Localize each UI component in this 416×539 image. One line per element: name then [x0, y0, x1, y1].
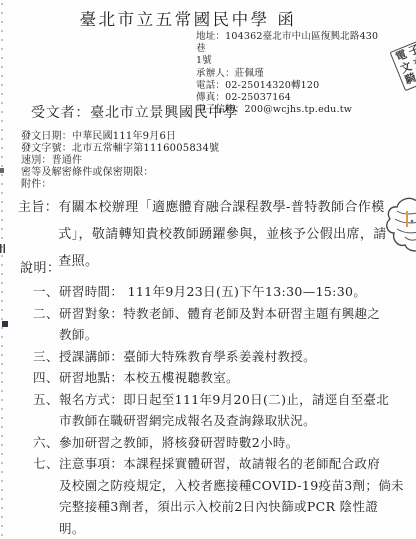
recipient-line: 受文者：臺北市立景興國民中學	[31, 102, 238, 122]
item-number: 三、	[33, 346, 59, 368]
item-text: 授課講師：臺師大特殊教育學系姜義村教授。	[59, 346, 405, 368]
official-letter-page: 臺北市立五常國民中學 函 地址：104362臺北市中山區復興北路430巷 1號 …	[0, 0, 416, 539]
stamp-inner-lines	[395, 211, 416, 240]
subject-section: 主旨： 有關本校辦理「適應體育融合課程教學-普特教師合作模 式」，敬請轉知貴校教…	[18, 194, 394, 275]
stamp-blue-dot	[411, 220, 414, 223]
description-item-5: 五、 報名方式：即日起至111年9月20日(二)止，請逕自至臺北 市教師在職研習…	[33, 389, 405, 432]
item-text: 研習時間： 111年9月23日(五)下午13:30—15:30。	[59, 281, 405, 303]
secrecy-line: 密等及解密條件或保密期限：	[21, 167, 219, 179]
attachment-line: 附件：	[21, 179, 219, 191]
item-number: 二、	[33, 303, 59, 346]
item-text: 參加研習之教師，將核發研習時數2小時。	[59, 432, 405, 454]
item-text: 報名方式：即日起至111年9月20日(二)止，請逕自至臺北 市教師在職研習網完成…	[59, 389, 405, 432]
scan-artifact	[0, 168, 4, 173]
item-number: 七、	[33, 453, 59, 539]
item-number: 四、	[33, 367, 59, 389]
description-item-1: 一、 研習時間： 111年9月23日(五)下午13:30—15:30。	[33, 281, 405, 303]
dispatch-date: 發文日期：中華民國111年9月6日	[21, 131, 219, 143]
description-item-6: 六、 參加研習之教師，將核發研習時數2小時。	[33, 432, 405, 454]
item-text: 研習地點：本校五樓視聽教室。	[59, 367, 405, 389]
item-number: 一、	[33, 281, 59, 303]
description-item-2: 二、 研習對象：特教老師、體育老師及對本研習主題有興趣之 教師。	[33, 303, 405, 346]
dispatch-number: 發文字號：北市五常輔字第1116005834號	[21, 143, 219, 155]
electronic-exchange-stamp: 電子 文交 騎縫	[390, 39, 416, 91]
description-item-7: 七、 注意事項：本課程採實體研習，故請報名的老師配合政府 及校園之防疫規定，入校…	[33, 453, 405, 539]
crumpled-seal-stamp	[385, 197, 416, 255]
sender-address: 地址：104362臺北市中山區復興北路430巷 1號	[196, 31, 386, 68]
subject-text: 有關本校辦理「適應體育融合課程教學-普特教師合作模 式」，敬請轉知貴校教師踴躍參…	[58, 194, 387, 275]
item-number: 五、	[33, 389, 59, 432]
item-text: 注意事項：本課程採實體研習，故請報名的老師配合政府 及校園之防疫規定，入校者應接…	[59, 453, 405, 539]
scan-artifact	[0, 244, 5, 253]
scan-artifact	[2, 321, 8, 327]
stamp-outline	[387, 198, 416, 251]
phone-line: 電話：02-25014320轉120	[196, 80, 386, 92]
description-item-3: 三、 授課講師：臺師大特殊教育學系姜義村教授。	[33, 346, 405, 368]
document-title: 臺北市立五常國民中學 函	[0, 6, 376, 30]
contact-person: 承辦人：莊佩瑾	[196, 68, 386, 80]
speed-class: 速別：普通件	[21, 155, 219, 167]
description-items: 一、 研習時間： 111年9月23日(五)下午13:30—15:30。 二、 研…	[33, 281, 405, 539]
scan-edge-dotted-line	[1, 3, 3, 539]
dispatch-meta-block: 發文日期：中華民國111年9月6日 發文字號：北市五常輔字第1116005834…	[21, 131, 219, 191]
item-number: 六、	[33, 432, 59, 454]
description-item-4: 四、 研習地點：本校五樓視聽教室。	[33, 367, 405, 389]
description-label: 說明：	[20, 257, 61, 276]
item-text: 研習對象：特教老師、體育老師及對本研習主題有興趣之 教師。	[59, 303, 405, 346]
